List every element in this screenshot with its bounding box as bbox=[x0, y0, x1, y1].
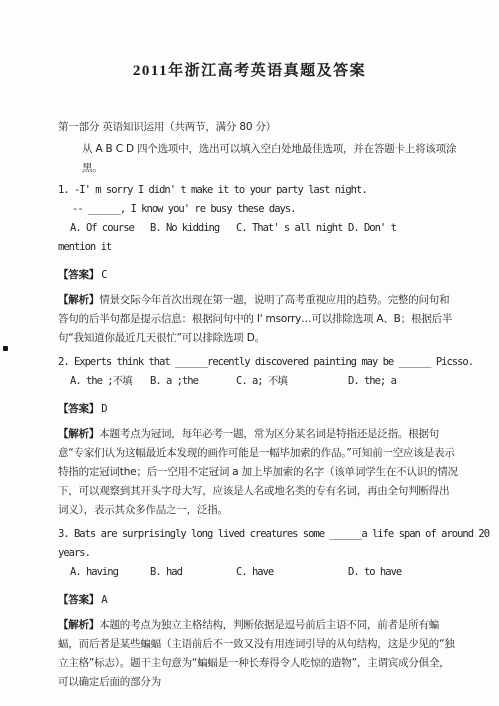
question-2-options: A. the ;不填 B. a ;the C. a; 不填 D. the; a bbox=[58, 372, 459, 391]
section-instruction: 从 A B C D 四个选项中，选出可以填入空白处地最佳选项，并在答题卡上将该项… bbox=[58, 140, 459, 178]
question-1-options: A. Of course B. No kidding C. That' s al… bbox=[58, 219, 459, 238]
question-2-stem-line-1: 2. Experts think that ______recently dis… bbox=[58, 353, 459, 372]
question-3-stem-line-2: years. bbox=[58, 544, 459, 563]
question-2-analysis-text: 本题考点为冠词，每年必考一题，常为区分某名词是特指还是泛指。根据句意“专家们认为… bbox=[58, 428, 458, 516]
question-3-option-b: B. had bbox=[150, 563, 236, 582]
question-1-option-c: C. That' s all night bbox=[236, 219, 348, 238]
question-2-option-c: C. a; 不填 bbox=[236, 372, 348, 391]
analysis-label: 【解析】 bbox=[58, 294, 99, 306]
question-3-answer-value: A bbox=[99, 594, 107, 606]
document-page: 2011年浙江高考英语真题及答案 第一部分 英语知识运用（共两节，满分 80 分… bbox=[0, 0, 499, 706]
question-3-option-c: C. have bbox=[236, 563, 348, 582]
question-2-analysis-line: 【解析】本题考点为冠词，每年必考一题，常为区分某名词是特指还是泛指。根据句意“专… bbox=[58, 425, 459, 520]
question-1: 1. -I' m sorry I didn' t make it to your… bbox=[58, 181, 459, 348]
answer-label: 【答案】 bbox=[58, 594, 99, 606]
question-3-options: A. having B. had C. have D. to have bbox=[58, 563, 459, 582]
question-1-stem-line-2: -- ______, I know you' re busy these day… bbox=[58, 200, 459, 219]
question-3-analysis-text: 本题的考点为独立主格结构，判断依据是逗号前后主语不同，前者是所有蝙蝠，而后者是某… bbox=[58, 619, 455, 688]
answer-label: 【答案】 bbox=[58, 403, 99, 415]
question-3-stem-line-1: 3. Bats are surprisingly long lived crea… bbox=[58, 525, 459, 544]
question-1-stem-line-1: 1. -I' m sorry I didn' t make it to your… bbox=[58, 181, 459, 200]
section-header: 第一部分 英语知识运用（共两节，满分 80 分） bbox=[58, 118, 459, 137]
question-3: 3. Bats are surprisingly long lived crea… bbox=[58, 525, 459, 692]
question-1-option-a: A. Of course bbox=[70, 219, 150, 238]
question-2-answer-line: 【答案】D bbox=[58, 400, 459, 419]
document-title: 2011年浙江高考英语真题及答案 bbox=[0, 0, 499, 82]
question-3-analysis-line: 【解析】本题的考点为独立主格结构，判断依据是逗号前后主语不同，前者是所有蝙蝠，而… bbox=[58, 616, 459, 692]
question-2-answer-value: D bbox=[99, 403, 107, 415]
question-2: 2. Experts think that ______recently dis… bbox=[58, 353, 459, 520]
question-1-analysis-line: 【解析】情景交际今年首次出现在第一题，说明了高考重视应用的趋势。完整的问句和答句… bbox=[58, 291, 459, 348]
question-1-option-b: B. No kidding bbox=[150, 219, 236, 238]
question-1-option-d: D. Don' t bbox=[348, 219, 396, 238]
question-3-option-a: A. having bbox=[70, 563, 150, 582]
stray-mark-dot bbox=[3, 346, 8, 351]
question-3-answer-line: 【答案】A bbox=[58, 591, 459, 610]
question-3-option-d: D. to have bbox=[348, 563, 401, 582]
question-1-answer-line: 【答案】C bbox=[58, 266, 459, 285]
answer-label: 【答案】 bbox=[58, 269, 99, 281]
analysis-label: 【解析】 bbox=[58, 428, 99, 440]
question-2-option-a: A. the ;不填 bbox=[70, 372, 150, 391]
question-2-option-b: B. a ;the bbox=[150, 372, 236, 391]
question-1-option-d-overflow: mention it bbox=[58, 238, 459, 257]
question-1-analysis-text: 情景交际今年首次出现在第一题，说明了高考重视应用的趋势。完整的问句和答句的后半句… bbox=[58, 294, 452, 344]
question-2-option-d: D. the; a bbox=[348, 372, 396, 391]
question-1-answer-value: C bbox=[99, 269, 107, 281]
document-body: 第一部分 英语知识运用（共两节，满分 80 分） 从 A B C D 四个选项中… bbox=[0, 118, 499, 692]
analysis-label: 【解析】 bbox=[58, 619, 99, 631]
